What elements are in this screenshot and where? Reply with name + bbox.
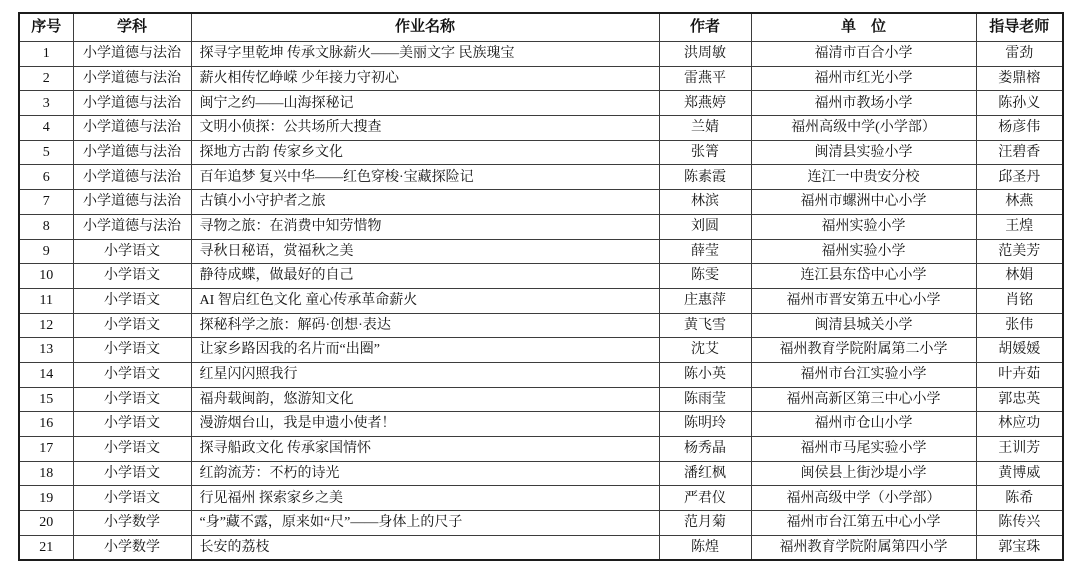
cell-teacher: 郭宝珠 [976,535,1063,560]
table-row: 11小学语文AI 智启红色文化 童心传承革命薪火庄惠萍福州市晋安第五中心小学肖铭 [19,288,1063,313]
cell-index: 8 [19,214,73,239]
cell-author: 沈艾 [659,338,751,363]
cell-teacher: 陈传兴 [976,511,1063,536]
cell-teacher: 黄博威 [976,461,1063,486]
table-row: 21小学数学长安的荔枝陈煌福州教育学院附属第四小学郭宝珠 [19,535,1063,560]
cell-title: “身”藏不露，原来如“尺”——身体上的尺子 [191,511,659,536]
column-header-unit: 单 位 [751,13,976,42]
column-header-subject: 学科 [73,13,191,42]
cell-index: 5 [19,140,73,165]
column-header-teacher: 指导老师 [976,13,1063,42]
cell-title: 福舟载闽韵，悠游知文化 [191,387,659,412]
cell-index: 2 [19,66,73,91]
cell-index: 16 [19,412,73,437]
cell-subject: 小学语文 [73,461,191,486]
cell-title: 探秘科学之旅：解码·创想·表达 [191,313,659,338]
cell-unit: 福州实验小学 [751,214,976,239]
cell-unit: 福州市马尾实验小学 [751,437,976,462]
cell-author: 洪周敏 [659,42,751,67]
table-row: 17小学语文探寻船政文化 传承家国情怀杨秀晶福州市马尾实验小学王训芳 [19,437,1063,462]
cell-index: 20 [19,511,73,536]
cell-unit: 福州市红光小学 [751,66,976,91]
cell-subject: 小学语文 [73,264,191,289]
cell-unit: 福州教育学院附属第二小学 [751,338,976,363]
column-header-author: 作者 [659,13,751,42]
cell-author: 陈煌 [659,535,751,560]
cell-title: 寻物之旅：在消费中知劳惜物 [191,214,659,239]
cell-author: 范月菊 [659,511,751,536]
cell-author: 刘圆 [659,214,751,239]
cell-teacher: 汪碧香 [976,140,1063,165]
cell-author: 雷燕平 [659,66,751,91]
cell-index: 11 [19,288,73,313]
cell-teacher: 林娟 [976,264,1063,289]
cell-index: 15 [19,387,73,412]
cell-subject: 小学数学 [73,535,191,560]
cell-teacher: 陈希 [976,486,1063,511]
cell-title: 让家乡路因我的名片而“出圈” [191,338,659,363]
cell-index: 6 [19,165,73,190]
cell-author: 陈素霞 [659,165,751,190]
cell-subject: 小学道德与法治 [73,91,191,116]
cell-subject: 小学语文 [73,486,191,511]
cell-subject: 小学语文 [73,387,191,412]
cell-author: 杨秀晶 [659,437,751,462]
cell-index: 21 [19,535,73,560]
cell-title: 探寻船政文化 传承家国情怀 [191,437,659,462]
cell-unit: 闽清县实验小学 [751,140,976,165]
cell-subject: 小学语文 [73,412,191,437]
cell-teacher: 张伟 [976,313,1063,338]
table-row: 9小学语文寻秋日秘语，赏福秋之美薛莹福州实验小学范美芳 [19,239,1063,264]
cell-index: 19 [19,486,73,511]
cell-teacher: 王训芳 [976,437,1063,462]
cell-subject: 小学道德与法治 [73,165,191,190]
cell-title: 百年追梦 复兴中华——红色穿梭·宝藏探险记 [191,165,659,190]
cell-unit: 连江一中贵安分校 [751,165,976,190]
cell-index: 1 [19,42,73,67]
cell-subject: 小学语文 [73,288,191,313]
cell-title: 探寻字里乾坤 传承文脉薪火——美丽文字 民族瑰宝 [191,42,659,67]
cell-subject: 小学语文 [73,239,191,264]
cell-unit: 闽清县城关小学 [751,313,976,338]
cell-index: 12 [19,313,73,338]
cell-title: 行见福州 探索家乡之美 [191,486,659,511]
cell-index: 10 [19,264,73,289]
cell-title: 静待成蝶，做最好的自己 [191,264,659,289]
cell-unit: 福州市晋安第五中心小学 [751,288,976,313]
cell-teacher: 雷劲 [976,42,1063,67]
cell-title: 闽宁之约——山海探秘记 [191,91,659,116]
table-row: 12小学语文探秘科学之旅：解码·创想·表达黄飞雪闽清县城关小学张伟 [19,313,1063,338]
cell-unit: 连江县东岱中心小学 [751,264,976,289]
cell-subject: 小学道德与法治 [73,214,191,239]
cell-subject: 小学语文 [73,313,191,338]
cell-unit: 福州实验小学 [751,239,976,264]
cell-subject: 小学语文 [73,338,191,363]
cell-title: 漫游烟台山，我是申遗小使者！ [191,412,659,437]
cell-title: 薪火相传忆峥嵘 少年接力守初心 [191,66,659,91]
cell-unit: 福州高新区第三中心小学 [751,387,976,412]
cell-unit: 福州教育学院附属第四小学 [751,535,976,560]
cell-teacher: 林燕 [976,190,1063,215]
cell-title: 红星闪闪照我行 [191,362,659,387]
cell-teacher: 娄鼎榕 [976,66,1063,91]
cell-author: 林滨 [659,190,751,215]
cell-author: 陈小英 [659,362,751,387]
cell-title: 长安的荔枝 [191,535,659,560]
table-row: 1小学道德与法治探寻字里乾坤 传承文脉薪火——美丽文字 民族瑰宝洪周敏福清市百合… [19,42,1063,67]
cell-title: 探地方古韵 传家乡文化 [191,140,659,165]
cell-subject: 小学语文 [73,437,191,462]
cell-index: 14 [19,362,73,387]
cell-subject: 小学数学 [73,511,191,536]
cell-unit: 福州高级中学（小学部） [751,486,976,511]
cell-unit: 闽侯县上街沙堤小学 [751,461,976,486]
cell-author: 兰婧 [659,116,751,141]
table-body: 1小学道德与法治探寻字里乾坤 传承文脉薪火——美丽文字 民族瑰宝洪周敏福清市百合… [19,42,1063,561]
cell-subject: 小学道德与法治 [73,190,191,215]
cell-subject: 小学道德与法治 [73,116,191,141]
table-row: 19小学语文行见福州 探索家乡之美严君仪福州高级中学（小学部）陈希 [19,486,1063,511]
cell-teacher: 王煌 [976,214,1063,239]
table-row: 8小学道德与法治寻物之旅：在消费中知劳惜物刘圆福州实验小学王煌 [19,214,1063,239]
cell-author: 陈明玲 [659,412,751,437]
cell-teacher: 郭忠英 [976,387,1063,412]
cell-teacher: 林应功 [976,412,1063,437]
cell-author: 张箐 [659,140,751,165]
table-row: 7小学道德与法治古镇小小守护者之旅林滨福州市螺洲中心小学林燕 [19,190,1063,215]
cell-index: 4 [19,116,73,141]
cell-title: 文明小侦探：公共场所大搜查 [191,116,659,141]
cell-subject: 小学道德与法治 [73,66,191,91]
cell-author: 庄惠萍 [659,288,751,313]
cell-index: 17 [19,437,73,462]
cell-index: 3 [19,91,73,116]
cell-unit: 福州市教场小学 [751,91,976,116]
cell-teacher: 肖铭 [976,288,1063,313]
cell-author: 潘红枫 [659,461,751,486]
column-header-title: 作业名称 [191,13,659,42]
cell-teacher: 杨彦伟 [976,116,1063,141]
table-row: 3小学道德与法治闽宁之约——山海探秘记郑燕婷福州市教场小学陈孙义 [19,91,1063,116]
cell-subject: 小学道德与法治 [73,42,191,67]
cell-teacher: 叶卉茹 [976,362,1063,387]
table-row: 20小学数学“身”藏不露，原来如“尺”——身体上的尺子范月菊福州市台江第五中心小… [19,511,1063,536]
table-row: 10小学语文静待成蝶，做最好的自己陈雯连江县东岱中心小学林娟 [19,264,1063,289]
cell-index: 7 [19,190,73,215]
cell-author: 严君仪 [659,486,751,511]
cell-unit: 福州市台江实验小学 [751,362,976,387]
table-row: 4小学道德与法治文明小侦探：公共场所大搜查兰婧福州高级中学(小学部）杨彦伟 [19,116,1063,141]
page: 序号学科作业名称作者单 位指导老师 1小学道德与法治探寻字里乾坤 传承文脉薪火—… [0,0,1080,568]
cell-teacher: 邱圣丹 [976,165,1063,190]
cell-unit: 福清市百合小学 [751,42,976,67]
cell-index: 9 [19,239,73,264]
column-header-index: 序号 [19,13,73,42]
award-table: 序号学科作业名称作者单 位指导老师 1小学道德与法治探寻字里乾坤 传承文脉薪火—… [18,12,1064,561]
table-row: 15小学语文福舟载闽韵，悠游知文化陈雨莹福州高新区第三中心小学郭忠英 [19,387,1063,412]
cell-subject: 小学道德与法治 [73,140,191,165]
cell-title: 古镇小小守护者之旅 [191,190,659,215]
cell-author: 郑燕婷 [659,91,751,116]
table-row: 18小学语文红韵流芳：不朽的诗光潘红枫闽侯县上街沙堤小学黄博威 [19,461,1063,486]
cell-unit: 福州市台江第五中心小学 [751,511,976,536]
cell-title: 寻秋日秘语，赏福秋之美 [191,239,659,264]
table-row: 2小学道德与法治薪火相传忆峥嵘 少年接力守初心雷燕平福州市红光小学娄鼎榕 [19,66,1063,91]
cell-teacher: 胡媛媛 [976,338,1063,363]
cell-author: 陈雯 [659,264,751,289]
table-row: 5小学道德与法治探地方古韵 传家乡文化张箐闽清县实验小学汪碧香 [19,140,1063,165]
cell-unit: 福州高级中学(小学部） [751,116,976,141]
cell-author: 黄飞雪 [659,313,751,338]
table-row: 14小学语文红星闪闪照我行陈小英福州市台江实验小学叶卉茹 [19,362,1063,387]
cell-unit: 福州市螺洲中心小学 [751,190,976,215]
table-header-row: 序号学科作业名称作者单 位指导老师 [19,13,1063,42]
cell-author: 陈雨莹 [659,387,751,412]
cell-teacher: 陈孙义 [976,91,1063,116]
table-row: 13小学语文让家乡路因我的名片而“出圈”沈艾福州教育学院附属第二小学胡媛媛 [19,338,1063,363]
cell-title: 红韵流芳：不朽的诗光 [191,461,659,486]
cell-index: 13 [19,338,73,363]
cell-author: 薛莹 [659,239,751,264]
cell-subject: 小学语文 [73,362,191,387]
cell-unit: 福州市仓山小学 [751,412,976,437]
table-row: 16小学语文漫游烟台山，我是申遗小使者！陈明玲福州市仓山小学林应功 [19,412,1063,437]
cell-teacher: 范美芳 [976,239,1063,264]
cell-index: 18 [19,461,73,486]
table-row: 6小学道德与法治百年追梦 复兴中华——红色穿梭·宝藏探险记陈素霞连江一中贵安分校… [19,165,1063,190]
cell-title: AI 智启红色文化 童心传承革命薪火 [191,288,659,313]
